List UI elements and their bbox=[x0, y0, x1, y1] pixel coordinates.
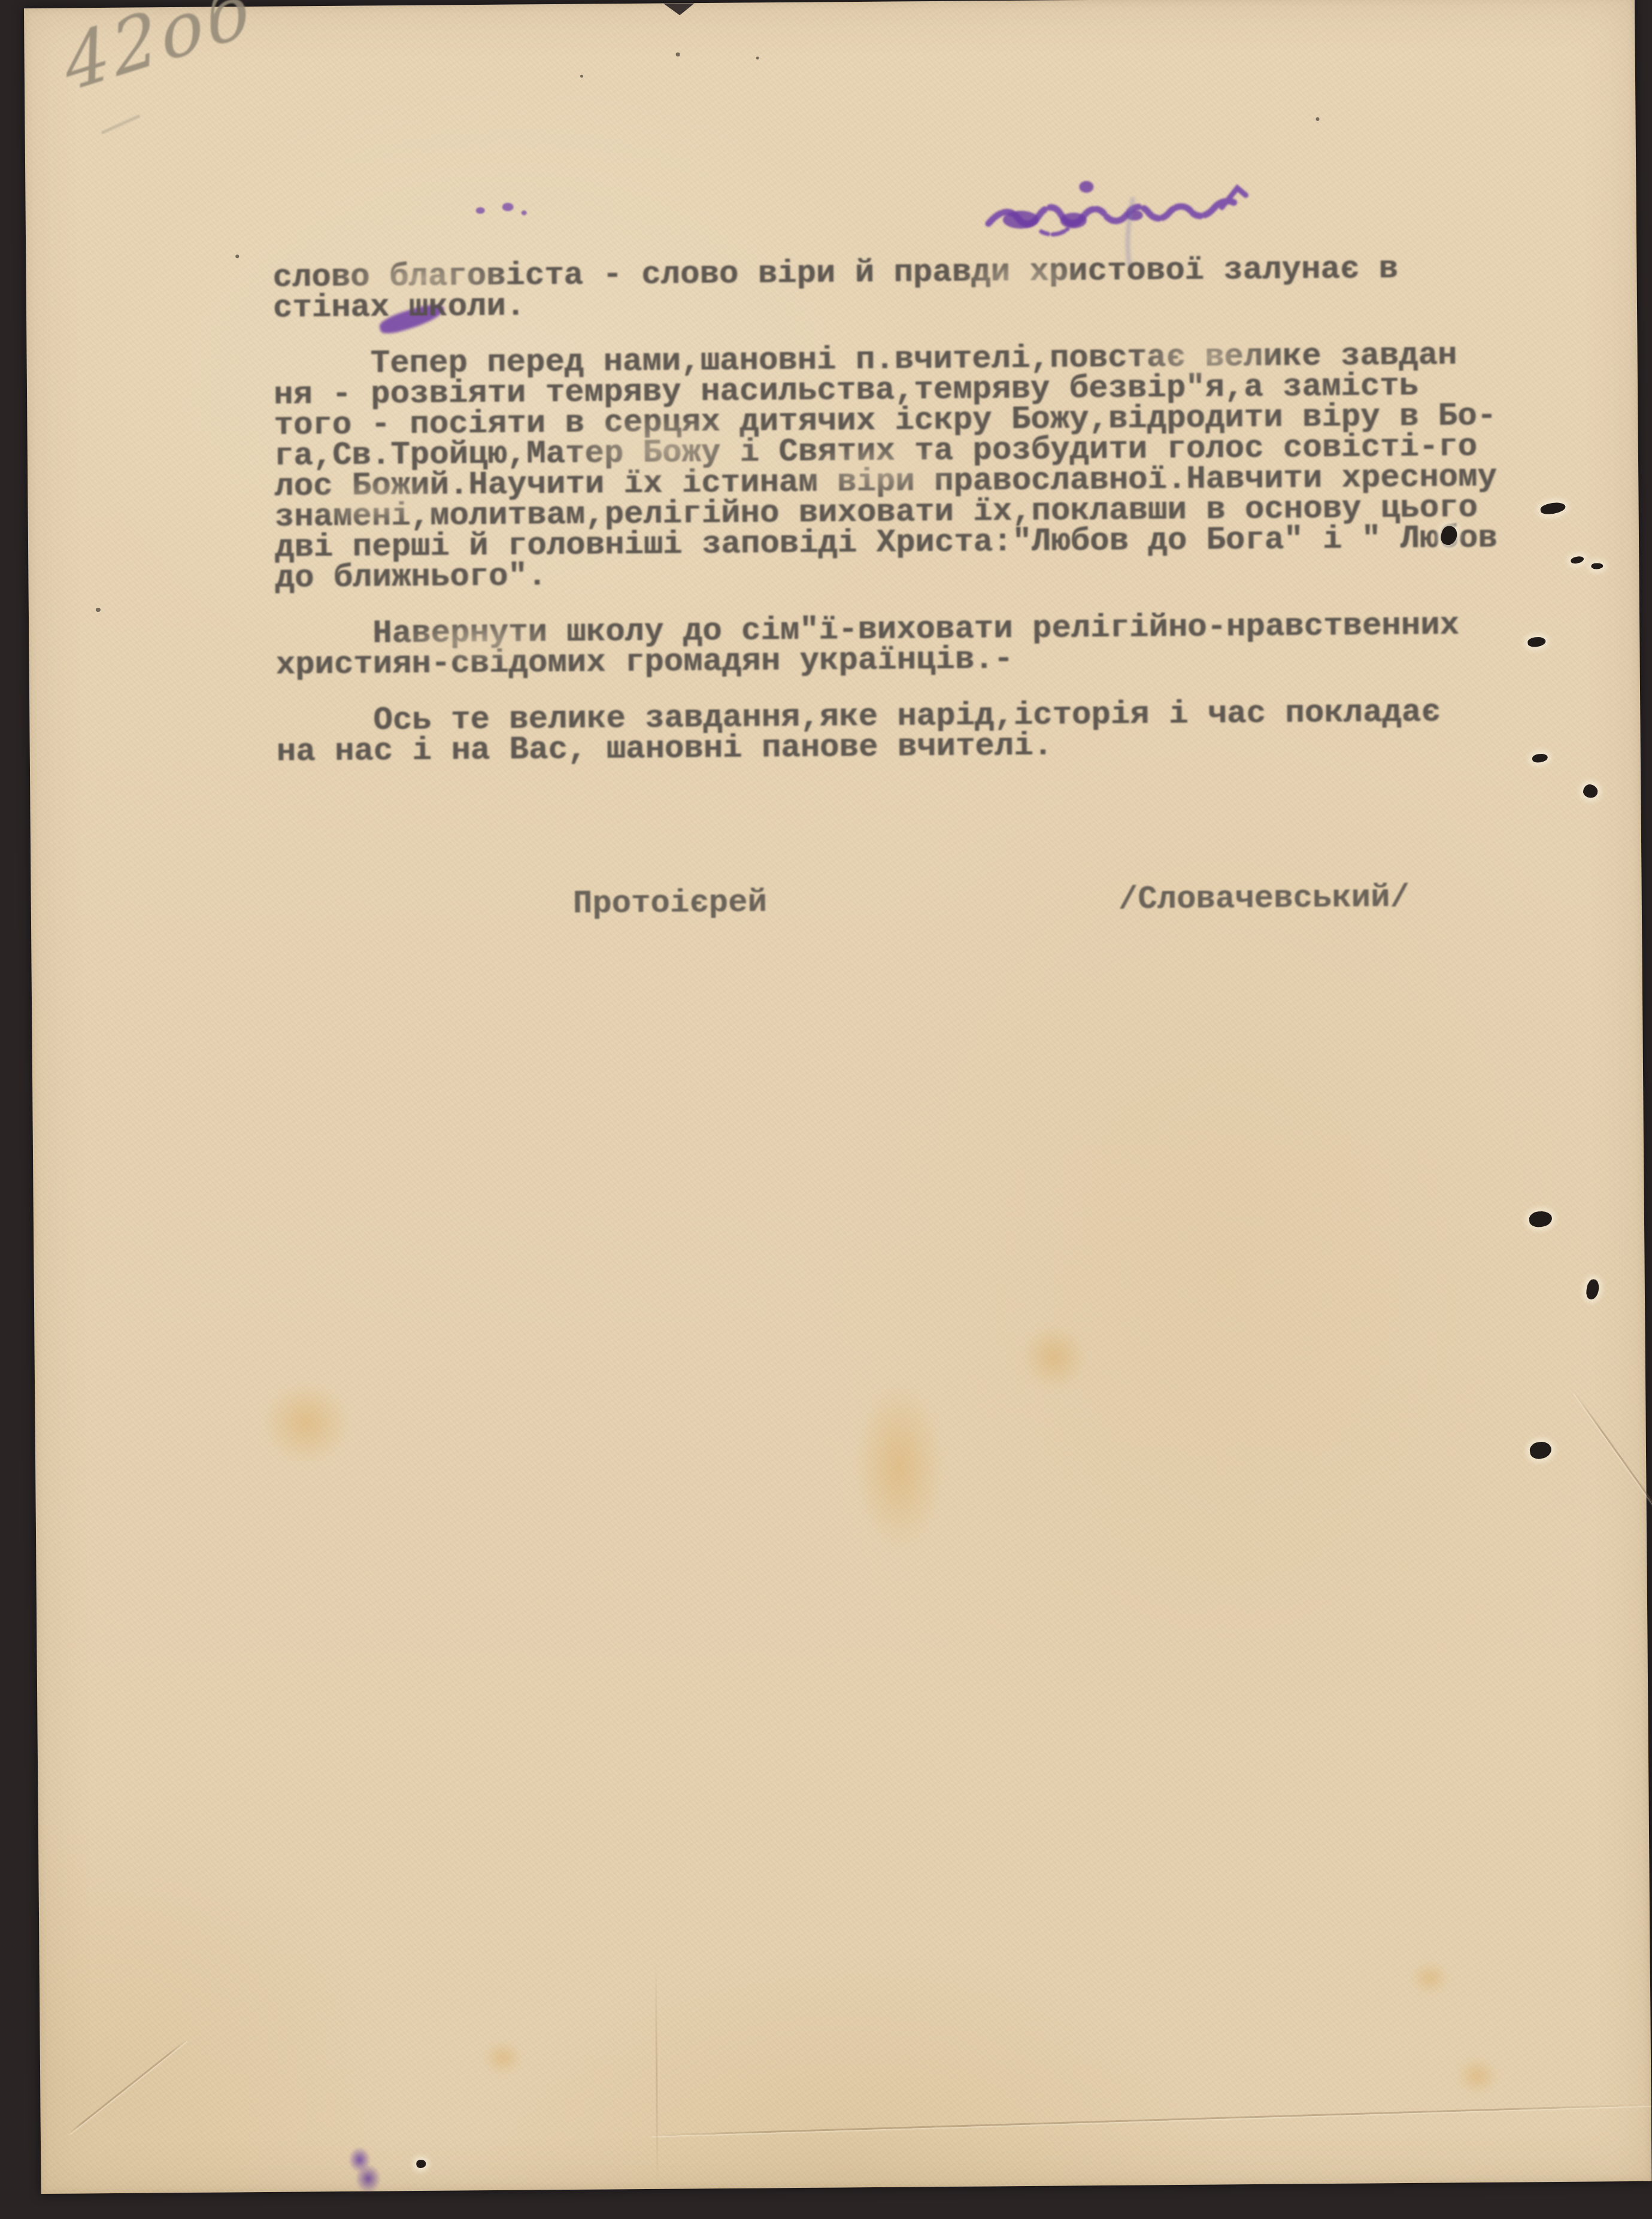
paragraph: Ось те велике завдання,яке нарід,історія… bbox=[276, 696, 1564, 768]
paper-hole bbox=[1585, 1278, 1600, 1301]
paper-hole bbox=[1581, 783, 1599, 800]
fold-crease bbox=[1574, 1392, 1652, 1705]
photo-backdrop: 42об слово благовіста - слово віри й пра… bbox=[0, 0, 1652, 2219]
fold-crease bbox=[651, 2104, 1651, 2136]
paper-hole bbox=[1591, 563, 1603, 569]
speck bbox=[756, 56, 759, 59]
paragraph: Тепер перед нами,шановні п.вчителі,повст… bbox=[273, 339, 1562, 594]
signature-title: Протоієрей bbox=[573, 884, 768, 923]
paragraph: Навернути школу до сім"ї-виховати релігі… bbox=[275, 610, 1563, 681]
paragraph: слово благовіста - слово віри й правди х… bbox=[272, 253, 1560, 324]
ink-blot bbox=[345, 2144, 384, 2195]
speck bbox=[1315, 117, 1319, 121]
speck bbox=[96, 608, 101, 612]
paper-hole bbox=[1570, 556, 1584, 565]
signature-name: /Словачевський/ bbox=[1118, 880, 1410, 918]
speck bbox=[676, 52, 680, 56]
torn-edge-notch bbox=[663, 3, 695, 15]
paper-hole bbox=[1529, 1211, 1553, 1228]
stain bbox=[483, 2041, 523, 2075]
archival-folio-note: 42об bbox=[59, 0, 258, 109]
text-line: християн-свідомих громадян українців.- bbox=[275, 640, 1563, 681]
stain bbox=[1411, 1962, 1449, 1994]
ink-speck bbox=[502, 203, 514, 211]
text-line: слово благовіста - слово віри й правди х… bbox=[272, 253, 1560, 293]
stain bbox=[1456, 2057, 1498, 2095]
stain bbox=[1021, 1324, 1087, 1390]
paper-hole bbox=[416, 2160, 426, 2168]
fold-crease bbox=[655, 1960, 659, 2188]
text-line: дві перші й головніші заповіді Христа:"Л… bbox=[275, 523, 1562, 563]
speck bbox=[580, 75, 583, 78]
pencil-smudge bbox=[92, 96, 140, 134]
document-page: 42об слово благовіста - слово віри й пра… bbox=[24, 0, 1652, 2194]
ink-speck bbox=[522, 210, 527, 215]
stain bbox=[854, 1382, 945, 1550]
stain bbox=[261, 1381, 351, 1465]
fold-crease bbox=[68, 2040, 187, 2135]
typewritten-text: слово благовіста - слово віри й правди х… bbox=[272, 253, 1564, 793]
signature-row: Протоієрей /Словачевський/ bbox=[31, 878, 1642, 926]
ink-speck bbox=[476, 207, 485, 214]
paper-hole bbox=[1529, 1441, 1553, 1460]
speck bbox=[235, 254, 239, 258]
text-line: на нас і на Вас, шановні панове вчителі. bbox=[277, 727, 1564, 768]
